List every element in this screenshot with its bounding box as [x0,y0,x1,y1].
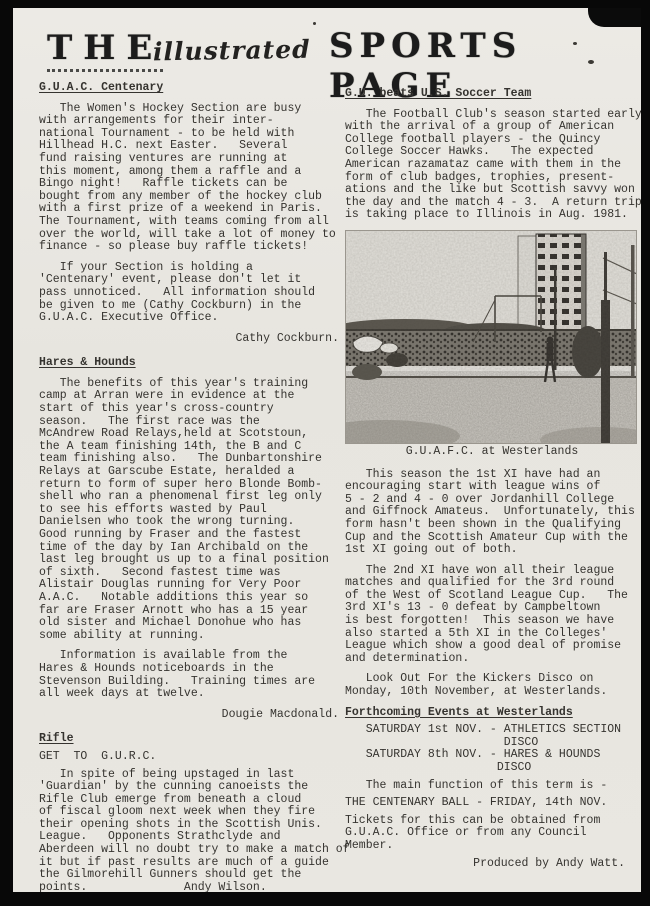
paragraph-main-function: The main function of this term is - [345,780,639,793]
masthead-the: THE [47,28,163,72]
heading-rifle: Rifle [39,733,353,746]
stadium-photo [345,230,637,444]
paragraph-football-season: The Football Club's season started early… [345,109,639,222]
events-list: SATURDAY 1st NOV. - ATHLETICS SECTION DI… [345,724,639,774]
paragraph-centenary-event: If your Section is holding a 'Centenary'… [39,262,353,325]
masthead: THE illustrated SPORTS PAGE [33,26,635,84]
right-column: G.U. beats U.S. Soccer Team The Football… [345,84,639,882]
paragraph-tickets: Tickets for this can be obtained from G.… [345,815,639,853]
heading-forthcoming-events: Forthcoming Events at Westerlands [345,707,639,720]
heading-guac-centenary: G.U.A.C. Centenary [39,82,353,95]
signature-dougie-macdonald: Dougie Macdonald. [39,709,353,722]
left-column: G.U.A.C. Centenary The Women's Hockey Se… [39,78,353,892]
ink-speck [313,22,316,25]
signature-andy-watt: Produced by Andy Watt. [345,858,639,871]
paragraph-hockey-section: The Women's Hockey Section are busy with… [39,103,353,254]
paragraph-training-camp: The benefits of this year's training cam… [39,378,353,642]
paragraph-rifle-club: In spite of being upstaged in last 'Guar… [39,769,353,893]
photo-westerlands [345,230,637,444]
heading-gu-beats-us-soccer: G.U. beats U.S. Soccer Team [345,88,639,101]
paragraph-second-xi: The 2nd XI have won all their league mat… [345,565,639,666]
scan-corner-blot [588,8,641,27]
line-centenary-ball: THE CENTENARY BALL - FRIDAY, 14th NOV. [345,797,639,810]
newsletter-page: THE illustrated SPORTS PAGE G.U.A.C. Cen… [13,8,641,892]
paragraph-kickers-disco: Look Out For the Kickers Disco on Monday… [345,673,639,698]
paragraph-first-xi: This season the 1st XI have had an encou… [345,469,639,557]
signature-cathy-cockburn: Cathy Cockburn. [39,333,353,346]
subheading-get-to-gurc: GET TO G.U.R.C. [39,751,353,764]
heading-hares-and-hounds: Hares & Hounds [39,357,353,370]
scan-border: THE illustrated SPORTS PAGE G.U.A.C. Cen… [0,0,650,906]
masthead-illustrated: illustrated [153,35,311,67]
photo-caption: G.U.A.F.C. at Westerlands [345,446,639,459]
paragraph-information: Information is available from the Hares … [39,650,353,700]
